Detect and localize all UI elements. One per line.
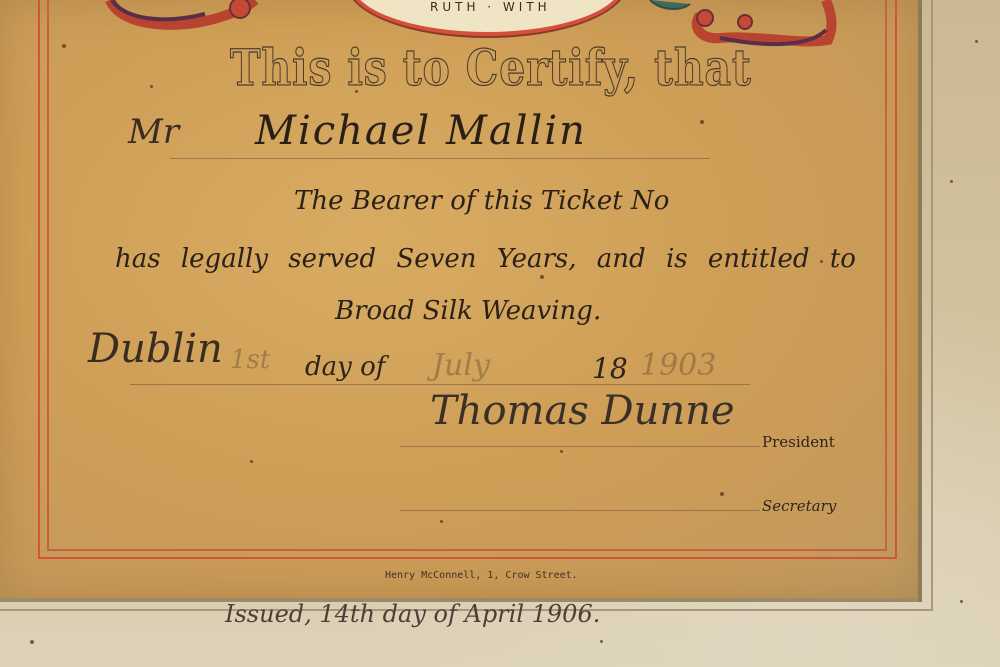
speck bbox=[62, 44, 66, 48]
speck bbox=[720, 492, 724, 496]
date-place: Dublin bbox=[88, 326, 223, 372]
secretary-label: Secretary bbox=[762, 497, 836, 515]
recipient-prefix: Mr bbox=[128, 112, 179, 152]
body-line-3: Broad Silk Weaving. bbox=[335, 296, 601, 326]
speck bbox=[560, 450, 563, 453]
mount-edge bbox=[918, 0, 922, 602]
speck bbox=[250, 460, 253, 463]
certificate-paper: RUTH · WITH This is to Certify, that Mr … bbox=[0, 0, 922, 598]
date-month: July bbox=[432, 348, 490, 383]
speck bbox=[960, 600, 963, 603]
body-line-1: The Bearer of this Ticket No bbox=[294, 186, 669, 216]
certificate-heading: This is to Certify, that bbox=[230, 38, 752, 97]
date-year: 1903 bbox=[640, 348, 716, 383]
date-day-label: day of bbox=[305, 352, 385, 382]
printer-credit: Henry McConnell, 1, Crow Street. bbox=[385, 570, 578, 581]
speck bbox=[150, 85, 153, 88]
date-year-prefix: 18 bbox=[592, 352, 628, 385]
name-rule bbox=[170, 158, 710, 159]
body-line-2: has legally served Seven Years, and is e… bbox=[115, 244, 856, 274]
speck bbox=[600, 640, 603, 643]
date-rule bbox=[130, 384, 750, 385]
president-signature: Thomas Dunne bbox=[430, 388, 735, 434]
speck bbox=[30, 640, 34, 644]
speck bbox=[540, 275, 544, 279]
president-label: President bbox=[762, 433, 835, 451]
speck bbox=[440, 520, 443, 523]
date-day: 1st bbox=[230, 345, 270, 375]
mount-edge bbox=[931, 0, 933, 611]
mount-inscription: Issued, 14th day of April 1906. bbox=[225, 600, 600, 628]
speck bbox=[700, 120, 704, 124]
secretary-rule bbox=[400, 510, 760, 511]
president-rule bbox=[400, 446, 760, 447]
speck bbox=[820, 260, 823, 263]
speck bbox=[975, 40, 978, 43]
recipient-name: Michael Mallin bbox=[255, 108, 587, 154]
speck bbox=[355, 90, 358, 93]
speck bbox=[950, 180, 953, 183]
